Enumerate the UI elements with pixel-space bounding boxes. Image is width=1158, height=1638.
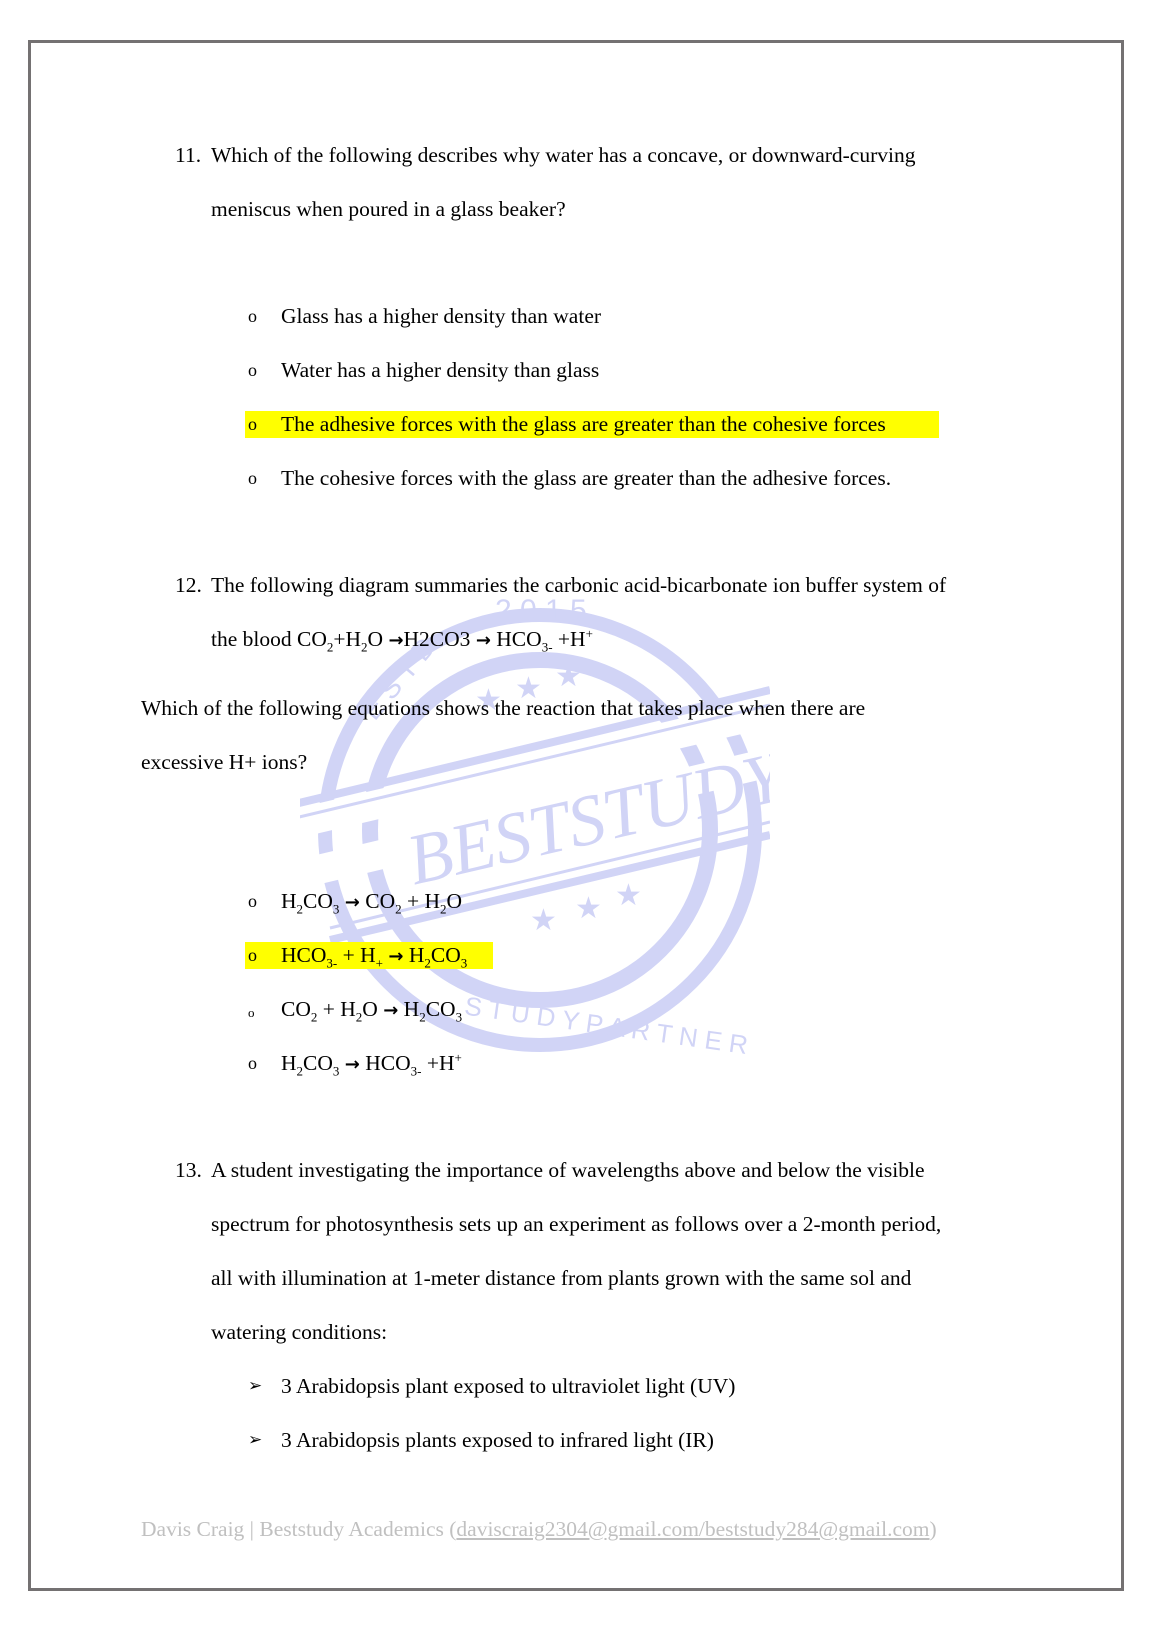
q12-question-line1: Which of the following equations shows t… — [141, 695, 865, 721]
footer-email-link[interactable]: daviscraig2304@gmail.com/beststudy284@gm… — [456, 1517, 929, 1541]
q11-option-3-correct-highlighted[interactable]: o The adhesive forces with the glass are… — [245, 411, 939, 438]
q12-question-line2: excessive H+ ions? — [141, 749, 307, 775]
circle-bullet-icon: o — [248, 465, 257, 491]
arrow-icon: → — [383, 1000, 398, 1021]
circle-bullet-icon: o — [248, 888, 257, 914]
circle-bullet-icon: o — [248, 942, 257, 968]
arrow-icon: → — [388, 946, 403, 967]
q13-line1: 13.A student investigating the importanc… — [175, 1157, 925, 1183]
q11-number: 11. — [175, 142, 211, 168]
q13-number: 13. — [175, 1157, 211, 1183]
buffer-equation: CO2+H2O →H2CO3 → HCO3- +H+ — [297, 627, 593, 651]
circle-bullet-icon: o — [248, 411, 257, 437]
arrow-icon: → — [388, 630, 403, 651]
circle-bullet-icon: o — [248, 303, 257, 329]
arrow-bullet-icon: ➢ — [248, 1373, 262, 1399]
q12-line1: 12.The following diagram summaries the c… — [175, 572, 946, 598]
q12-line2: the blood CO2+H2O →H2CO3 → HCO3- +H+ — [211, 626, 593, 654]
arrow-icon: → — [345, 892, 360, 913]
arrow-bullet-icon: ➢ — [248, 1427, 262, 1453]
arrow-icon: → — [345, 1054, 360, 1075]
q12-number: 12. — [175, 572, 211, 598]
small-circle-bullet-icon: o — [248, 1000, 255, 1026]
circle-bullet-icon: o — [248, 357, 257, 383]
q13-line2: spectrum for photosynthesis sets up an e… — [211, 1211, 941, 1237]
q13-line4: watering conditions: — [211, 1319, 387, 1345]
q13-line3: all with illumination at 1-meter distanc… — [211, 1265, 911, 1291]
page-border — [28, 40, 1124, 1591]
q11-line1: 11.Which of the following describes why … — [175, 142, 915, 168]
circle-bullet-icon: o — [248, 1050, 257, 1076]
q11-line2: meniscus when poured in a glass beaker? — [211, 196, 566, 222]
arrow-icon: → — [476, 630, 491, 651]
q12-option-2-correct-highlighted[interactable]: o HCO3- + H+ → H2CO3 — [245, 942, 493, 969]
footer: Davis Craig | Beststudy Academics (davis… — [141, 1517, 937, 1542]
